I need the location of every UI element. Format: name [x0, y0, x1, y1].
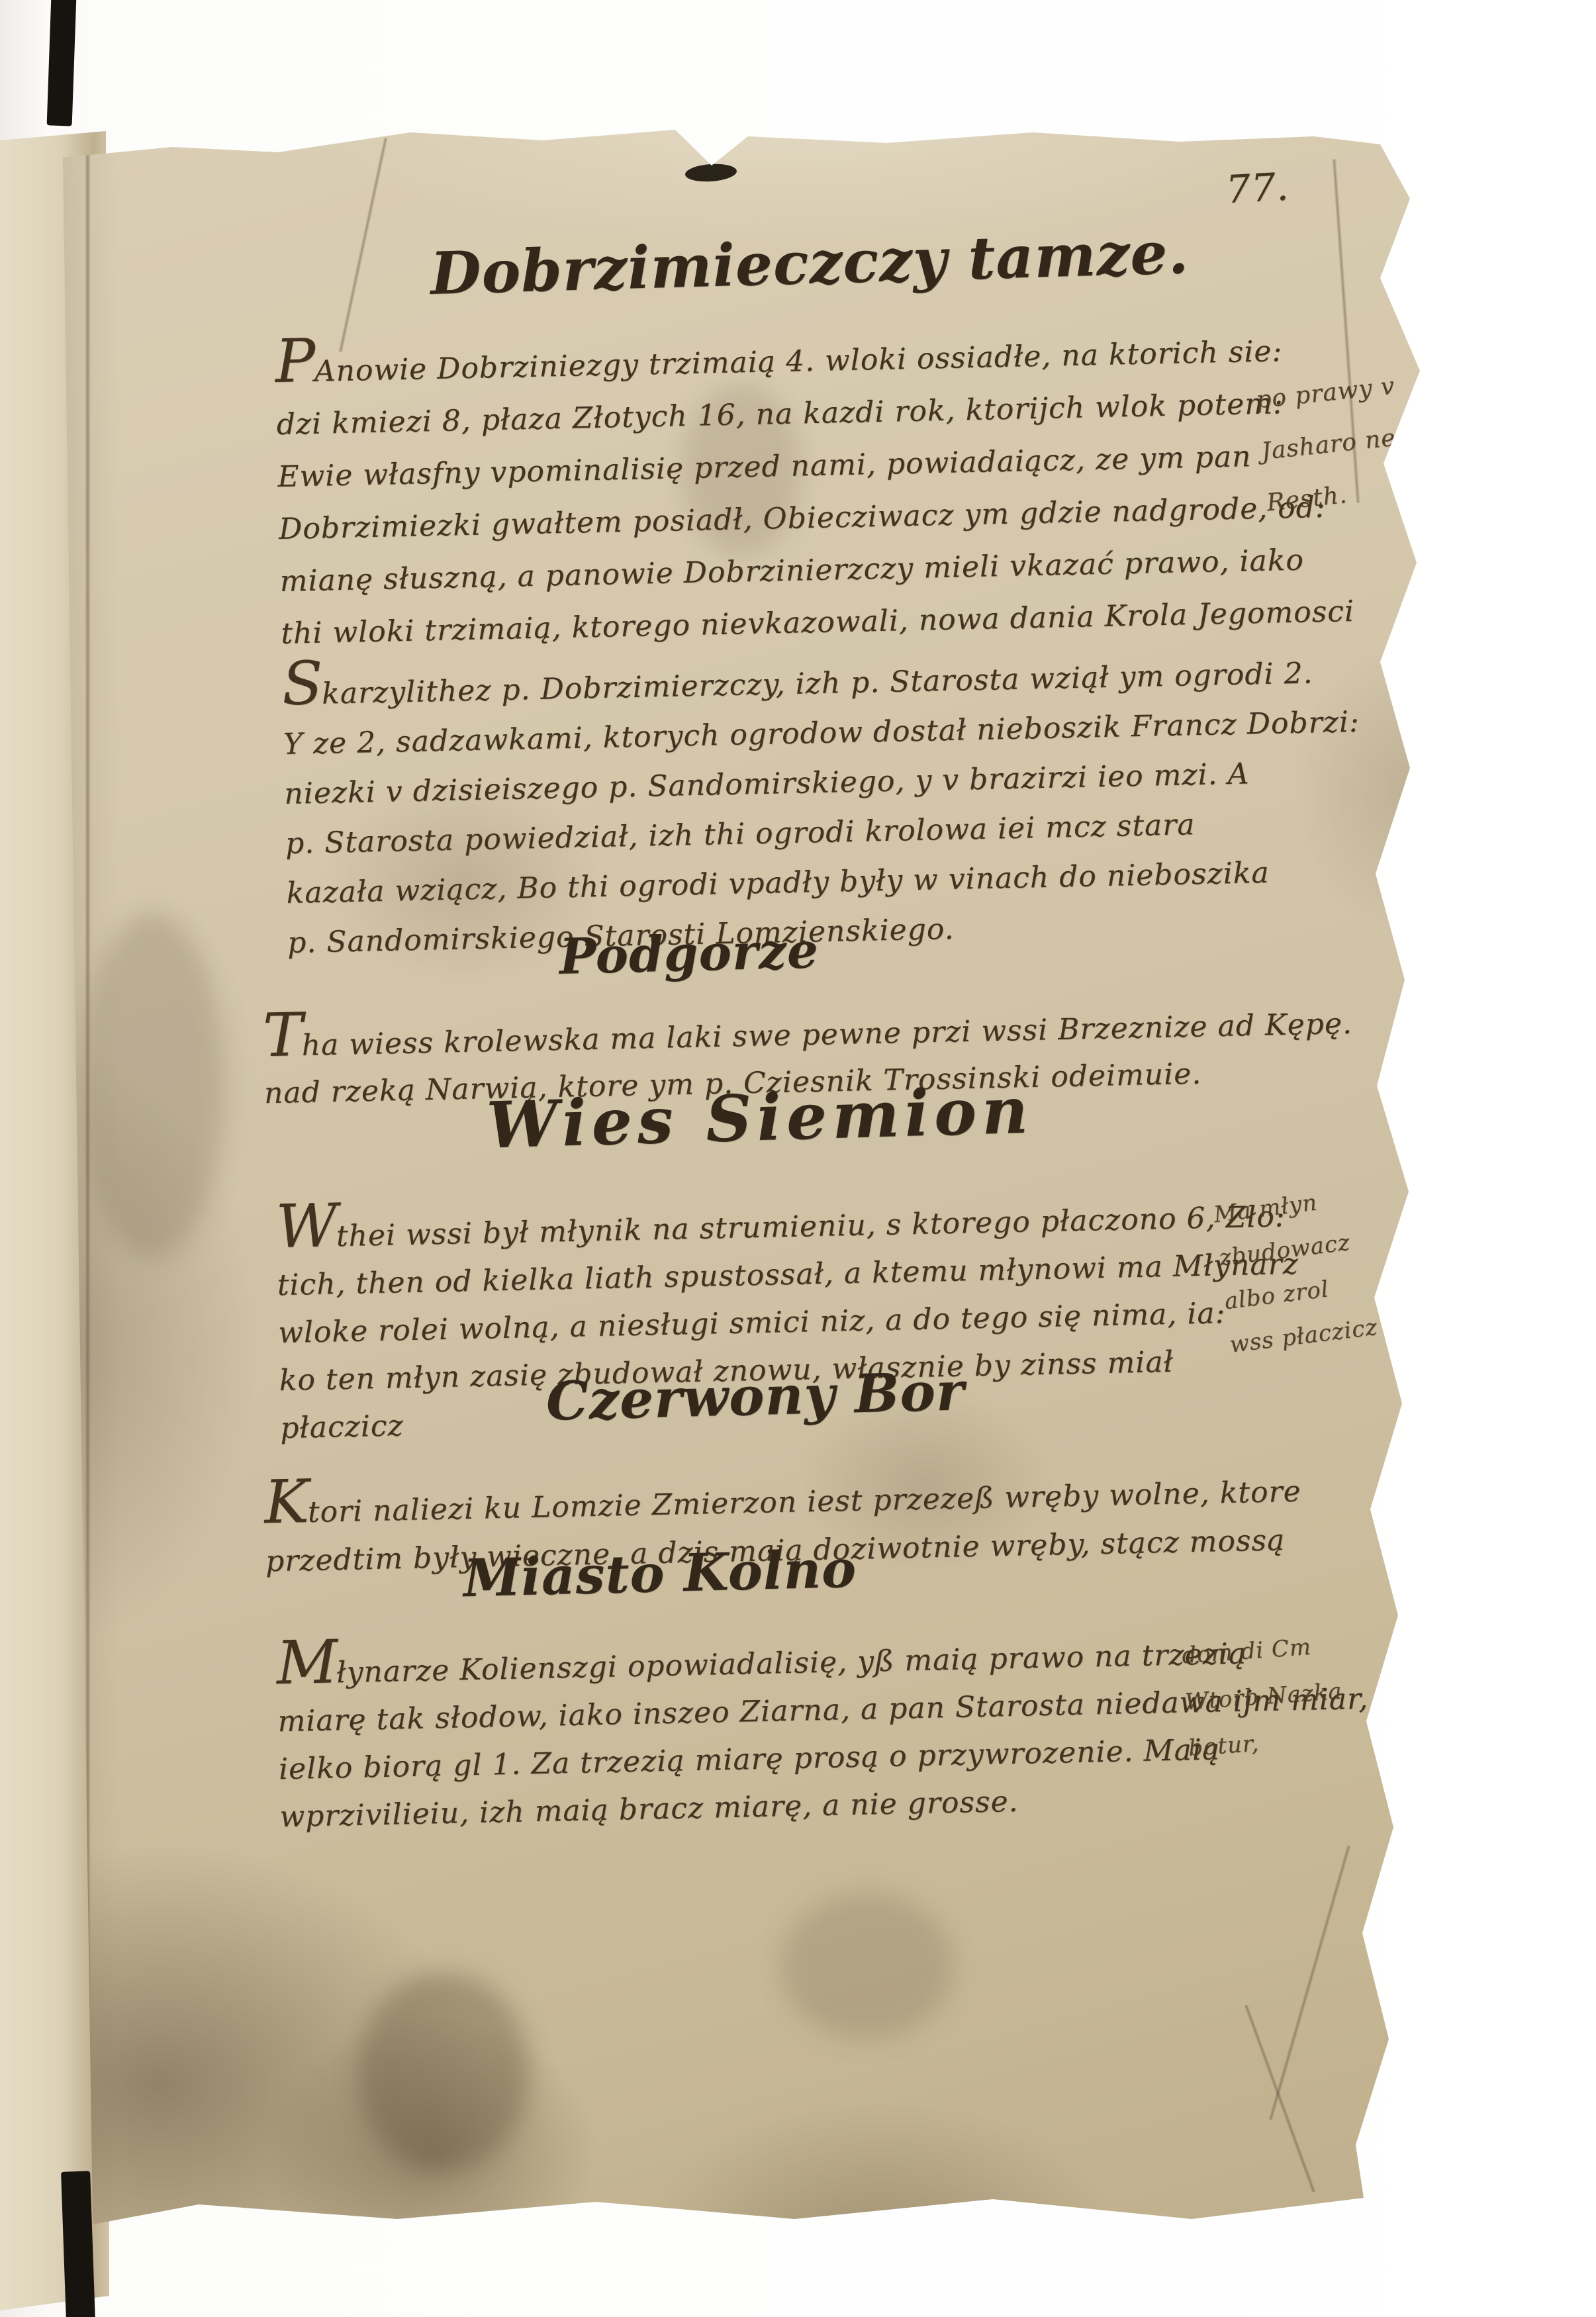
paragraph: PAnowie Dobrziniezgy trzimaią 4. wloki o…	[275, 318, 1355, 660]
stain	[357, 1973, 530, 2171]
paragraph: Skarzylithez p. Dobrzimierzczy, izh p. S…	[281, 641, 1364, 968]
crease	[338, 138, 388, 352]
stain	[781, 1893, 953, 2039]
manuscript-page: 77. gy Dobrzimieczczy tamze. PAnowie Dob…	[0, 0, 1596, 2317]
margin-note: Ma młyn zbudowacz albo zrol wss płaczicz	[1211, 1175, 1380, 1366]
section-heading: Podgorze	[559, 922, 820, 986]
ink-blot	[684, 162, 737, 183]
crease	[1268, 1845, 1351, 2120]
crease	[1244, 2005, 1316, 2193]
binding-strip-top	[47, 0, 77, 126]
folio-number: 77.	[1225, 164, 1290, 213]
scanned-manuscript: { "content": { "folio_number": "77.", "l…	[0, 0, 1596, 2317]
section-heading: Dobrzimieczczy tamze.	[430, 218, 1190, 308]
section-heading: Wies Siemion	[486, 1072, 1035, 1162]
margin-note: dom di Cm Wtorb Nazka botur,	[1180, 1622, 1347, 1772]
stain	[79, 914, 225, 1258]
section-heading: Czerwony Bor	[545, 1360, 965, 1432]
margin-note: po prawy v Jasharo ne Resth.	[1253, 361, 1408, 530]
binding-strip-bottom	[61, 2171, 95, 2317]
section-heading: Miasto Kolno	[463, 1539, 857, 1609]
